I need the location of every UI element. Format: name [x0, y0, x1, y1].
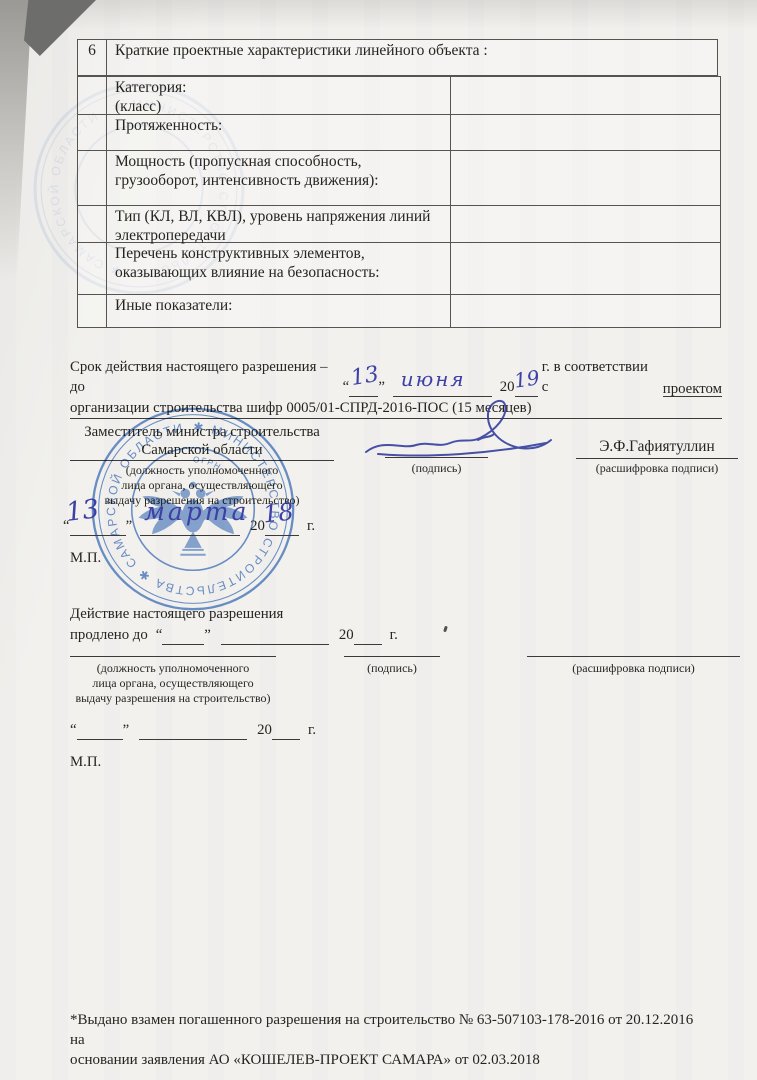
row-label: Категория: (класс)	[107, 77, 451, 114]
scanned-permit-page: ✱ МИНИСТЕРСТВО СТРОИТЕЛЬСТВА ✱ САМАРСКОЙ…	[0, 0, 757, 1080]
handwritten-month: июня	[401, 369, 466, 389]
row-value	[451, 115, 720, 150]
table-row-number: 6	[78, 40, 107, 75]
basis-word: проектом	[663, 381, 722, 397]
extension-name-line	[527, 656, 740, 657]
issue-month-blank: марта	[140, 518, 240, 536]
row-label: Иные показатели:	[107, 295, 451, 327]
extension-day-blank	[162, 627, 204, 645]
row-value	[451, 77, 720, 114]
characteristics-table: Категория: (класс) Протяженность: Мощнос…	[77, 76, 721, 328]
row-value	[451, 151, 720, 205]
extension-date-line: “ ” 20 г.	[70, 718, 316, 740]
validity-year-blank: 19	[515, 379, 538, 397]
extension-name-caption: (расшифровка подписи)	[527, 661, 740, 676]
row-value	[451, 243, 720, 294]
extension-year-blank	[354, 627, 382, 645]
table-header-label: Краткие проектные характеристики линейно…	[107, 40, 717, 75]
stamp-inner-text: ОГРН	[193, 455, 223, 472]
row-value	[451, 206, 720, 242]
table-row: Мощность (пропускная способность, грузоо…	[78, 150, 720, 205]
extension-position-caption: (должность уполномоченного лица органа, …	[72, 661, 274, 706]
footnote: *Выдано взамен погашенного разрешения на…	[70, 1010, 710, 1070]
validity-line-1: Срок действия настоящего разрешения – до…	[70, 357, 722, 397]
table-row: Протяженность:	[78, 114, 720, 150]
extension-signature-line	[344, 656, 440, 657]
signer-name: Э.Ф.Гафиятуллин (расшифровка подписи)	[576, 438, 738, 476]
validity-basis-blank: проектом	[663, 379, 722, 397]
validity-day-blank: 13	[349, 379, 378, 397]
issue-date-line: “ 13 ” марта 2018 г.	[63, 508, 315, 536]
validity-month-blank: июня	[393, 379, 492, 397]
extension-month-blank	[221, 627, 329, 645]
signature-ink	[358, 396, 558, 468]
handwritten-year: 19	[512, 367, 540, 390]
table-row: Перечень конструктивных элементов, оказы…	[78, 242, 720, 294]
name-caption: (расшифровка подписи)	[576, 461, 738, 476]
handwritten-day: 13	[350, 365, 381, 389]
row-label: Тип (КЛ, ВЛ, КВЛ), уровень напряжения ли…	[107, 206, 451, 242]
svg-text:ОГРН: ОГРН	[193, 455, 223, 472]
issue-day-blank: 13	[70, 518, 126, 536]
extension-paragraph: Действие настоящего разрешения продлено …	[70, 604, 490, 645]
extension-signature-caption: (подпись)	[344, 661, 440, 676]
table-row: Категория: (класс)	[78, 77, 720, 114]
row-label: Перечень конструктивных элементов, оказы…	[107, 243, 451, 294]
table-row: Иные показатели:	[78, 294, 720, 327]
row-label: Мощность (пропускная способность, грузоо…	[107, 151, 451, 205]
row-label: Протяженность:	[107, 115, 451, 150]
table-section-6-header: 6 Краткие проектные характеристики линей…	[77, 39, 718, 76]
issue-year-blank: 18	[265, 518, 299, 536]
seal-mark-1: М.П.	[70, 548, 101, 568]
table-row: Тип (КЛ, ВЛ, КВЛ), уровень напряжения ли…	[78, 205, 720, 242]
row-value	[451, 295, 720, 327]
extension-position-line	[70, 656, 276, 657]
seal-mark-2: М.П.	[70, 752, 101, 772]
